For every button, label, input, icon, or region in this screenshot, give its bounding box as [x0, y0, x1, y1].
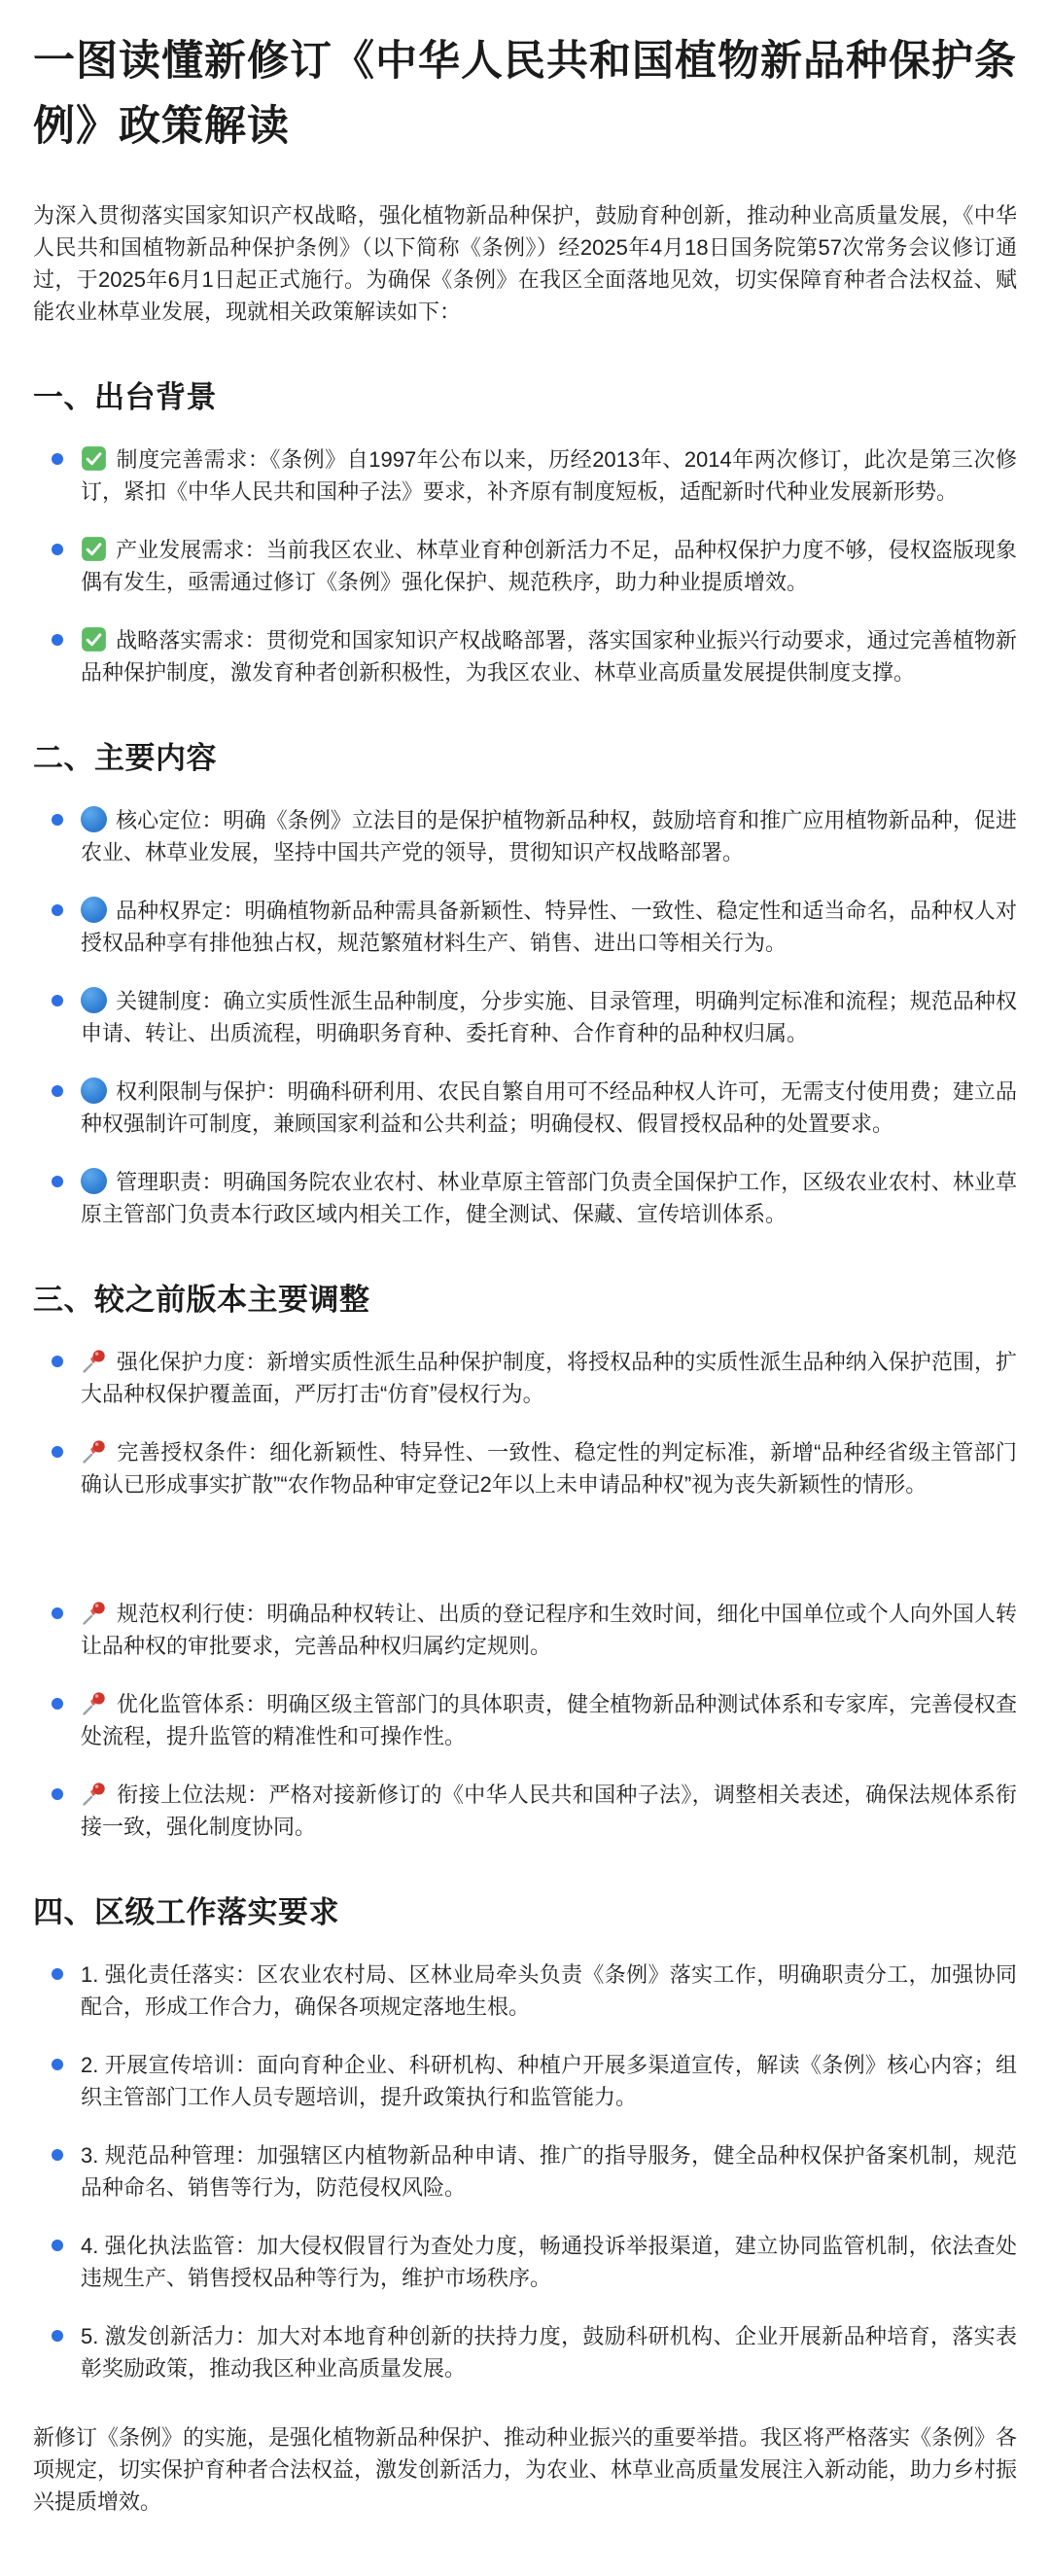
list-item-text: 制度完善需求：《条例》自1997年公布以来，历经2013年、2014年两次修订，… — [81, 447, 1017, 504]
policy-document: 一图读懂新修订《中华人民共和国植物新品种保护条例》政策解读 为深入贯彻落实国家知… — [0, 0, 1050, 2576]
section-heading-4: 四、区级工作落实要求 — [33, 1888, 1017, 1931]
list-item-text: 战略落实需求：贯彻党和国家知识产权战略部署，落实国家种业振兴行动要求，通过完善植… — [81, 628, 1017, 685]
section-heading-1: 一、出台背景 — [33, 372, 1017, 416]
list-item: 管理职责：明确国务院农业农村、林业草原主管部门负责全国保护工作，区级农业农村、林… — [33, 1166, 1017, 1230]
intro-paragraph: 为深入贯彻落实国家知识产权战略，强化植物新品种保护，鼓励育种创新，推动种业高质量… — [33, 199, 1017, 328]
bullet-dot — [52, 1356, 63, 1367]
list-item: 规范权利行使：明确品种权转让、出质的登记程序和生效时间，细化中国单位或个人向外国… — [33, 1598, 1017, 1662]
list-item: 优化监管体系：明确区级主管部门的具体职责，健全植物新品种测试体系和专家库，完善侵… — [33, 1688, 1017, 1752]
bullet-dot — [52, 634, 63, 646]
blue-circle-emoji-icon — [81, 897, 107, 923]
blue-circle-emoji-icon — [81, 1077, 107, 1104]
bullet-dot — [52, 1607, 63, 1619]
list-item-text: 规范权利行使：明确品种权转让、出质的登记程序和生效时间，细化中国单位或个人向外国… — [81, 1602, 1017, 1658]
list-item: 4. 强化执法监管：加大侵权假冒行为查处力度，畅通投诉举报渠道，建立协同监管机制… — [33, 2230, 1017, 2294]
list-item: 2. 开展宣传培训：面向育种企业、科研机构、种植户开展多渠道宣传，解读《条例》核… — [33, 2049, 1017, 2113]
bullet-dot — [52, 995, 63, 1006]
list-item: 衔接上位法规：严格对接新修订的《中华人民共和国种子法》，调整相关表述，确保法规体… — [33, 1779, 1017, 1843]
bullet-dot — [52, 1085, 63, 1097]
list-item: 强化保护力度：新增实质性派生品种保护制度，将授权品种的实质性派生品种纳入保护范围… — [33, 1346, 1017, 1410]
check-mark-emoji-icon — [81, 626, 107, 653]
list-item-text: 优化监管体系：明确区级主管部门的具体职责，健全植物新品种测试体系和专家库，完善侵… — [81, 1692, 1017, 1748]
list-item-text: 2. 开展宣传培训：面向育种企业、科研机构、种植户开展多渠道宣传，解读《条例》核… — [81, 2053, 1017, 2109]
check-mark-emoji-icon — [81, 445, 107, 472]
bullet-dot — [52, 544, 63, 555]
list-item-text: 核心定位：明确《条例》立法目的是保护植物新品种权，鼓励培育和推广应用植物新品种，… — [81, 808, 1017, 865]
list-item-text: 衔接上位法规：严格对接新修订的《中华人民共和国种子法》，调整相关表述，确保法规体… — [81, 1782, 1017, 1839]
list-item-text: 强化保护力度：新增实质性派生品种保护制度，将授权品种的实质性派生品种纳入保护范围… — [81, 1350, 1017, 1406]
list-item-text: 关键制度：确立实质性派生品种制度，分步实施、目录管理，明确判定标准和流程；规范品… — [81, 989, 1017, 1045]
section-background: 一、出台背景 制度完善需求：《条例》自1997年公布以来，历经2013年、201… — [33, 372, 1017, 688]
bullet-dot — [52, 814, 63, 826]
bullet-dot — [52, 1446, 63, 1458]
page-title: 一图读懂新修订《中华人民共和国植物新品种保护条例》政策解读 — [33, 29, 1017, 159]
bullet-dot — [52, 1788, 63, 1800]
list-item: 权利限制与保护：明确科研利用、农民自繁自用可不经品种权人许可，无需支付使用费；建… — [33, 1076, 1017, 1140]
list-item: 5. 激发创新活力：加大对本地育种创新的扶持力度，鼓励科研机构、企业开展新品种培… — [33, 2320, 1017, 2384]
pushpin-emoji-icon — [81, 1690, 108, 1717]
blue-circle-emoji-icon — [81, 1168, 107, 1194]
list-item: 1. 强化责任落实：区农业农村局、区林业局牵头负责《条例》落实工作，明确职责分工… — [33, 1958, 1017, 2023]
list-item-text: 产业发展需求：当前我区农业、林草业育种创新活力不足，品种权保护力度不够，侵权盗版… — [81, 538, 1017, 594]
list-item-text: 完善授权条件：细化新颖性、特异性、一致性、稳定性的判定标准，新增“品种经省级主管… — [81, 1440, 1017, 1497]
list-item: 3. 规范品种管理：加强辖区内植物新品种申请、推广的指导服务，健全品种权保护备案… — [33, 2139, 1017, 2204]
list-item: 制度完善需求：《条例》自1997年公布以来，历经2013年、2014年两次修订，… — [33, 443, 1017, 508]
blue-circle-emoji-icon — [81, 987, 107, 1013]
pushpin-emoji-icon — [81, 1600, 108, 1627]
section-heading-3: 三、较之前版本主要调整 — [33, 1275, 1017, 1319]
list-item: 战略落实需求：贯彻党和国家知识产权战略部署，落实国家种业振兴行动要求，通过完善植… — [33, 624, 1017, 688]
section-implementation: 四、区级工作落实要求 1. 强化责任落实：区农业农村局、区林业局牵头负责《条例》… — [33, 1888, 1017, 2384]
list-item-text: 3. 规范品种管理：加强辖区内植物新品种申请、推广的指导服务，健全品种权保护备案… — [81, 2143, 1017, 2200]
bullet-dot — [52, 2240, 63, 2251]
background-list: 制度完善需求：《条例》自1997年公布以来，历经2013年、2014年两次修订，… — [33, 443, 1017, 688]
pushpin-emoji-icon — [81, 1348, 108, 1375]
bullet-dot — [52, 453, 63, 465]
bullet-dot — [52, 1968, 63, 1980]
list-item-text: 品种权界定：明确植物新品种需具备新颖性、特异性、一致性、稳定性和适当命名，品种权… — [81, 899, 1017, 955]
check-mark-emoji-icon — [81, 536, 107, 562]
list-item-text: 5. 激发创新活力：加大对本地育种创新的扶持力度，鼓励科研机构、企业开展新品种培… — [81, 2324, 1017, 2381]
list-item: 品种权界定：明确植物新品种需具备新颖性、特异性、一致性、稳定性和适当命名，品种权… — [33, 895, 1017, 959]
bullet-dot — [52, 1698, 63, 1710]
list-item-text: 权利限制与保护：明确科研利用、农民自繁自用可不经品种权人许可，无需支付使用费；建… — [81, 1079, 1017, 1136]
list-item: 关键制度：确立实质性派生品种制度，分步实施、目录管理，明确判定标准和流程；规范品… — [33, 985, 1017, 1049]
bullet-dot — [52, 2059, 63, 2070]
bullet-dot — [52, 2149, 63, 2161]
bullet-dot — [52, 2330, 63, 2342]
closing-paragraph: 新修订《条例》的实施，是强化植物新品种保护、推动种业振兴的重要举措。我区将严格落… — [33, 2421, 1017, 2518]
blue-circle-emoji-icon — [81, 806, 107, 832]
list-item: 产业发展需求：当前我区农业、林草业育种创新活力不足，品种权保护力度不够，侵权盗版… — [33, 534, 1017, 598]
section-adjustments: 三、较之前版本主要调整 强化保护力度：新增实质性派生品种保护制度，将授权品种的实… — [33, 1275, 1017, 1843]
implementation-list: 1. 强化责任落实：区农业农村局、区林业局牵头负责《条例》落实工作，明确职责分工… — [33, 1958, 1017, 2384]
bullet-dot — [52, 1176, 63, 1187]
list-item: 核心定位：明确《条例》立法目的是保护植物新品种权，鼓励培育和推广应用植物新品种，… — [33, 804, 1017, 868]
pushpin-emoji-icon — [81, 1438, 108, 1465]
list-item-text: 1. 强化责任落实：区农业农村局、区林业局牵头负责《条例》落实工作，明确职责分工… — [81, 1962, 1017, 2019]
bullet-dot — [52, 904, 63, 916]
section-heading-2: 二、主要内容 — [33, 733, 1017, 777]
list-item: 完善授权条件：细化新颖性、特异性、一致性、稳定性的判定标准，新增“品种经省级主管… — [33, 1436, 1017, 1500]
main-content-list: 核心定位：明确《条例》立法目的是保护植物新品种权，鼓励培育和推广应用植物新品种，… — [33, 804, 1017, 1230]
adjustments-list: 强化保护力度：新增实质性派生品种保护制度，将授权品种的实质性派生品种纳入保护范围… — [33, 1346, 1017, 1843]
list-item-text: 管理职责：明确国务院农业农村、林业草原主管部门负责全国保护工作，区级农业农村、林… — [81, 1170, 1017, 1226]
list-item-text: 4. 强化执法监管：加大侵权假冒行为查处力度，畅通投诉举报渠道，建立协同监管机制… — [81, 2234, 1017, 2290]
pushpin-emoji-icon — [81, 1781, 108, 1808]
section-main-content: 二、主要内容 核心定位：明确《条例》立法目的是保护植物新品种权，鼓励培育和推广应… — [33, 733, 1017, 1230]
